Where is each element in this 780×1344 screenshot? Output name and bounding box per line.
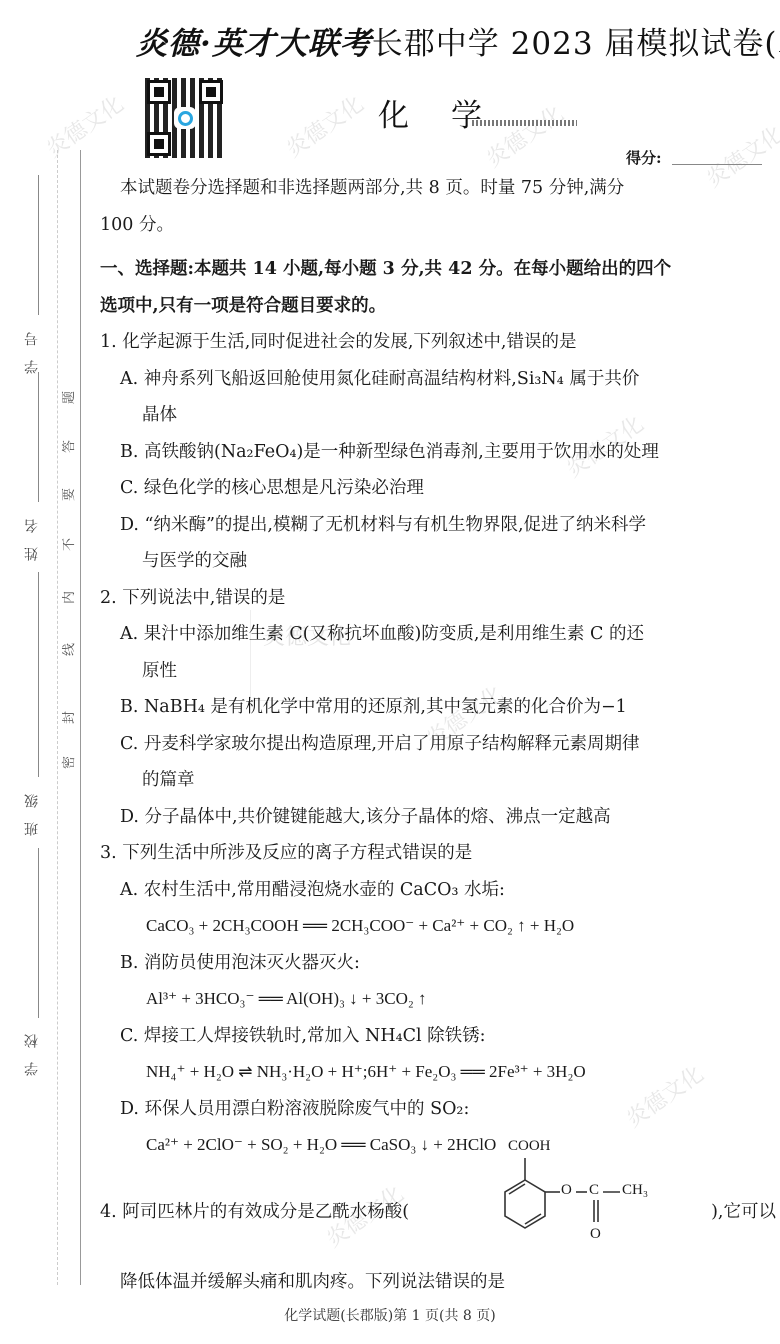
option-b: B. NaBH₄ 是有机化学中常用的还原剂,其中氢元素的化合价为−1 [100, 689, 770, 726]
binding-line [80, 150, 81, 1285]
qr-code [143, 76, 227, 160]
subject-title: 化学 [378, 90, 524, 135]
field-line-school[interactable] [38, 848, 39, 1018]
carbonyl-c-label: C [589, 1182, 599, 1199]
field-line-name[interactable] [38, 372, 39, 502]
page-footer: 化学试题(长郡版)第 1 页(共 8 页) [0, 1305, 780, 1325]
exam-title: 炎德·英才大联考长郡中学 2023 届模拟试卷(二) [136, 18, 780, 63]
option-a: A. 神舟系列飞船返回舱使用氮化硅耐高温结构材料,Si₃N₄ 属于共价 [100, 361, 770, 398]
field-label-name: 姓名 [22, 505, 42, 561]
seal-text: 答 [58, 440, 77, 453]
option-d-cont: 与医学的交融 [100, 543, 770, 580]
equation: CaCO₃ + 2CH₃COOH ══ 2CH₃COO⁻ + Ca²⁺ + CO… [100, 908, 770, 945]
field-line-class[interactable] [38, 572, 39, 777]
option-b: B. 消防员使用泡沫灭火器灭火: [100, 945, 770, 982]
option-b: B. 高铁酸钠(Na₂FeO₄)是一种新型绿色消毒剂,主要用于饮用水的处理 [100, 434, 770, 471]
watermark: 炎德文化 [39, 88, 129, 164]
score-label: 得分: [626, 147, 662, 168]
qr-finder [147, 132, 171, 156]
seal-text: 要 [58, 488, 77, 501]
intro-line: 100 分。 [100, 207, 770, 244]
cooh-label: COOH [508, 1138, 551, 1155]
section-heading: 一、选择题:本题共 14 小题,每小题 3 分,共 42 分。在每小题给出的四个 [100, 251, 770, 288]
option-a-cont: 晶体 [100, 397, 770, 434]
question-stem-cont: ),它可以 [711, 1198, 776, 1223]
question-stem: 1. 化学起源于生活,同时促进社会的发展,下列叙述中,错误的是 [100, 324, 770, 361]
exam-brand: 炎德·英才大联考 [136, 26, 372, 62]
question-stem: 2. 下列说法中,错误的是 [100, 580, 770, 617]
intro-line: 本试题卷分选择题和非选择题两部分,共 8 页。时量 75 分钟,满分 [100, 170, 770, 207]
option-a: A. 果汁中添加维生素 C(又称抗坏血酸)防变质,是利用维生素 C 的还 [100, 616, 770, 653]
qr-finder [147, 80, 171, 104]
option-c-cont: 的篇章 [100, 762, 770, 799]
exam-title-rest: 长郡中学 2023 届模拟试卷(二) [372, 26, 780, 62]
field-label-student-no: 学号 [22, 318, 42, 374]
carbonyl-o-label: O [590, 1226, 601, 1243]
option-d: D. 分子晶体中,共价键键能越大,该分子晶体的熔、沸点一定越高 [100, 799, 770, 836]
equation: Al³⁺ + 3HCO₃⁻ ══ Al(OH)₃ ↓ + 3CO₂ ↑ [100, 981, 770, 1018]
option-a-cont: 原性 [100, 653, 770, 690]
option-c: C. 绿色化学的核心思想是凡污染必治理 [100, 470, 770, 507]
option-d: D. “纳米酶”的提出,模糊了无机材料与有机生物界限,促进了纳米科学 [100, 507, 770, 544]
section-heading: 选项中,只有一项是符合题目要求的。 [100, 288, 770, 325]
option-c: C. 焊接工人焊接铁轨时,常加入 NH₄Cl 除铁锈: [100, 1018, 770, 1055]
option-d: D. 环保人员用漂白粉溶液脱除废气中的 SO₂: [100, 1091, 770, 1128]
seal-text: 内 [58, 591, 77, 604]
field-line-student-no[interactable] [38, 175, 39, 315]
question-stem: 3. 下列生活中所涉及反应的离子方程式错误的是 [100, 835, 770, 872]
seal-text: 线 [58, 643, 77, 656]
methyl-label: CH₃ [622, 1182, 648, 1199]
field-label-school: 学校 [22, 1020, 42, 1076]
qr-logo-icon [174, 107, 196, 129]
question-stem: 4. 阿司匹林片的有效成分是乙酰水杨酸( [100, 1198, 409, 1223]
watermark: 炎德文化 [279, 88, 369, 164]
seal-text: 密 [58, 756, 77, 769]
aspirin-structure: COOH O C CH₃ O [480, 1140, 710, 1260]
question-stem-line2: 降低体温并缓解头痛和肌肉疼。下列说法错误的是 [120, 1268, 505, 1293]
seal-text: 封 [58, 711, 77, 724]
field-label-class: 班级 [22, 780, 42, 836]
equation: NH₄⁺ + H₂O ⇌ NH₃·H₂O + H⁺;6H⁺ + Fe₂O₃ ══… [100, 1054, 770, 1091]
ester-o-label: O [561, 1182, 572, 1199]
qr-finder [199, 80, 223, 104]
seal-text: 题 [58, 391, 77, 404]
tiny-url-text [472, 120, 577, 126]
score-field[interactable] [672, 164, 762, 165]
seal-text: 不 [58, 538, 77, 551]
question-4: 4. 阿司匹林片的有效成分是乙酰水杨酸( COOH O C CH₃ O [100, 1140, 770, 1260]
option-c: C. 丹麦科学家玻尔提出构造原理,开启了用原子结构解释元素周期律 [100, 726, 770, 763]
option-a: A. 农村生活中,常用醋浸泡烧水壶的 CaCO₃ 水垢: [100, 872, 770, 909]
exam-content: 本试题卷分选择题和非选择题两部分,共 8 页。时量 75 分钟,满分 100 分… [100, 170, 770, 1164]
